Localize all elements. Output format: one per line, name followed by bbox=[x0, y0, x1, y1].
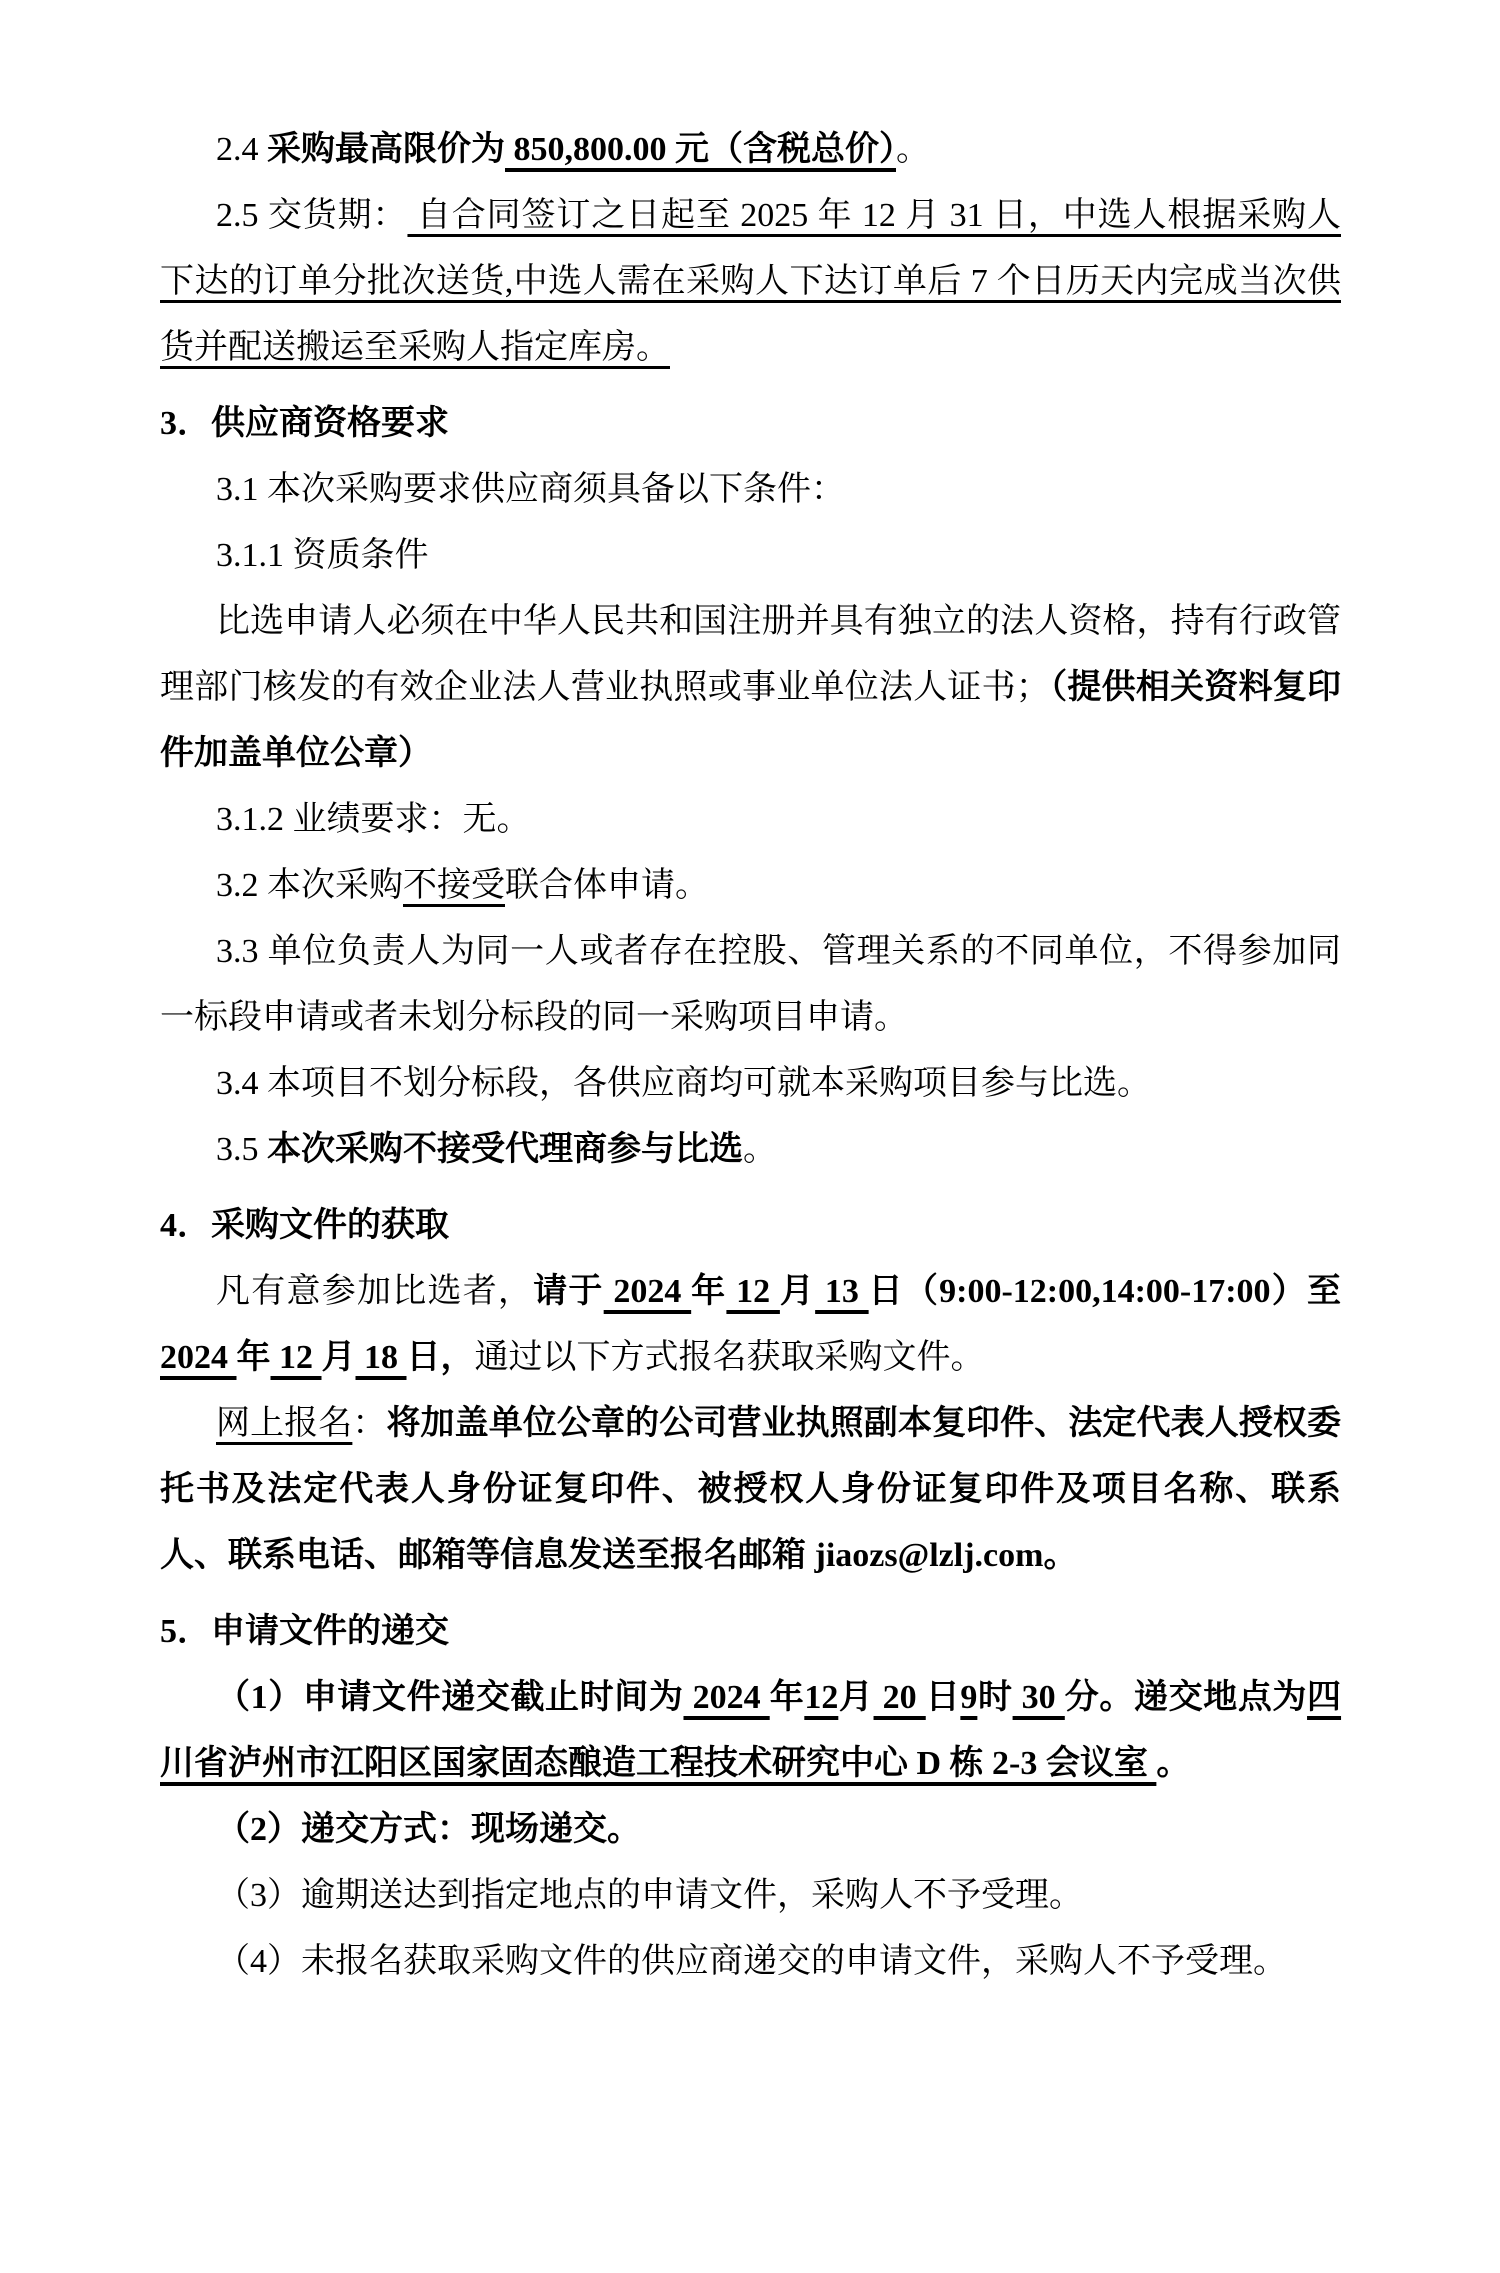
text-run: 月 bbox=[780, 1273, 815, 1310]
paragraph: 网上报名：将加盖单位公章的公司营业执照副本复印件、法定代表人授权委托书及法定代表… bbox=[160, 1391, 1341, 1589]
text-run: 3.5 bbox=[216, 1131, 267, 1168]
paragraph: 3.1.2 业绩要求：无。 bbox=[160, 787, 1341, 853]
text-run: 分。递交地点为 bbox=[1065, 1679, 1307, 1716]
text-run: 月 bbox=[322, 1339, 356, 1376]
text-run: 不接受 bbox=[403, 867, 505, 904]
paragraph: （2）递交方式：现场递交。 bbox=[160, 1797, 1341, 1863]
text-run: （1）申请文件递交截止时间为 bbox=[216, 1679, 683, 1716]
text-run: 年 bbox=[770, 1679, 805, 1716]
text-run: 请于 bbox=[533, 1273, 603, 1310]
paragraph: 3.3 单位负责人为同一人或者存在控股、管理关系的不同单位，不得参加同一标段申请… bbox=[160, 919, 1341, 1051]
text-run: 凡有意参加比选者， bbox=[216, 1273, 533, 1310]
text-run: 月 bbox=[838, 1679, 873, 1716]
paragraph: 2.5 交货期： 自合同签订之日起至 2025 年 12 月 31 日，中选人根… bbox=[160, 183, 1341, 381]
paragraph: 3.1 本次采购要求供应商须具备以下条件： bbox=[160, 457, 1341, 523]
text-run: 3．供应商资格要求 bbox=[160, 405, 449, 442]
text-run: 。 bbox=[743, 1131, 777, 1168]
text-run: 12 bbox=[271, 1339, 322, 1376]
text-run: 本次采购不接受代理商参与比选 bbox=[267, 1131, 743, 1168]
text-run: 5．申请文件的递交 bbox=[160, 1613, 449, 1650]
text-run: 日 bbox=[926, 1679, 961, 1716]
text-run: 12 bbox=[726, 1273, 779, 1310]
text-run: 3.1.1 资质条件 bbox=[216, 537, 429, 574]
section-heading: 3．供应商资格要求 bbox=[160, 391, 1341, 457]
text-run: 2.5 交货期： bbox=[216, 197, 407, 234]
text-run: 4．采购文件的获取 bbox=[160, 1207, 449, 1244]
text-run: 9 bbox=[960, 1679, 977, 1716]
text-run: 至 bbox=[1307, 1273, 1341, 1310]
text-run: 3.1.2 业绩要求：无。 bbox=[216, 801, 531, 838]
text-run: 20 bbox=[874, 1679, 926, 1716]
paragraph: 3.5 本次采购不接受代理商参与比选。 bbox=[160, 1117, 1341, 1183]
text-run: 2024 bbox=[683, 1679, 769, 1716]
text-run: 3.3 单位负责人为同一人或者存在控股、管理关系的不同单位，不得参加同一标段申请… bbox=[160, 933, 1341, 1036]
text-run: 。 bbox=[1156, 1745, 1190, 1782]
text-run: 850,800.00 元（含税总价） bbox=[505, 131, 896, 168]
text-run: 3.1 本次采购要求供应商须具备以下条件： bbox=[216, 471, 845, 508]
text-run: 2.4 bbox=[216, 131, 267, 168]
text-run: 18 bbox=[356, 1339, 407, 1376]
text-run: 日 bbox=[407, 1339, 441, 1376]
paragraph: 3.1.1 资质条件 bbox=[160, 523, 1341, 589]
paragraph: 3.4 本项目不划分标段，各供应商均可就本采购项目参与比选。 bbox=[160, 1051, 1341, 1117]
text-run: 2024 bbox=[604, 1273, 691, 1310]
text-run: 时 bbox=[977, 1679, 1012, 1716]
paragraph: （4）未报名获取采购文件的供应商递交的申请文件，采购人不予受理。 bbox=[160, 1929, 1341, 1995]
document-page: 2.4 采购最高限价为 850,800.00 元（含税总价）。2.5 交货期： … bbox=[0, 0, 1500, 2273]
section-heading: 4．采购文件的获取 bbox=[160, 1193, 1341, 1259]
text-run: 通过以下方式报名获取采购文件。 bbox=[475, 1339, 985, 1376]
section-heading: 5．申请文件的递交 bbox=[160, 1599, 1341, 1665]
text-run: 13 bbox=[815, 1273, 868, 1310]
paragraph: 凡有意参加比选者，请于 2024 年 12 月 13 日（9:00-12:00,… bbox=[160, 1259, 1341, 1391]
text-run: 3.4 本项目不划分标段，各供应商均可就本采购项目参与比选。 bbox=[216, 1065, 1151, 1102]
text-run: 网上报名 bbox=[216, 1405, 352, 1442]
text-run: （4）未报名获取采购文件的供应商递交的申请文件，采购人不予受理。 bbox=[216, 1943, 1287, 1980]
email-address: jiaozs@lzlj.com bbox=[815, 1537, 1044, 1574]
paragraph: （1）申请文件递交截止时间为 2024 年12月 20 日9时 30 分。递交地… bbox=[160, 1665, 1341, 1797]
text-run: （2）递交方式：现场递交。 bbox=[216, 1811, 641, 1848]
text-run: 采购最高限价为 bbox=[267, 131, 505, 168]
text-run: 年 bbox=[237, 1339, 271, 1376]
text-run: 3.2 本次采购 bbox=[216, 867, 403, 904]
text-run: （3）逾期送达到指定地点的申请文件，采购人不予受理。 bbox=[216, 1877, 1083, 1914]
text-run: 日 bbox=[869, 1273, 904, 1310]
text-run: ， bbox=[441, 1339, 475, 1376]
text-run: ： bbox=[352, 1405, 386, 1442]
paragraph: 2.4 采购最高限价为 850,800.00 元（含税总价）。 bbox=[160, 117, 1341, 183]
document-body: 2.4 采购最高限价为 850,800.00 元（含税总价）。2.5 交货期： … bbox=[160, 117, 1341, 1995]
text-run: 2024 bbox=[160, 1339, 237, 1376]
text-run: 。 bbox=[1043, 1537, 1077, 1574]
paragraph: 比选申请人必须在中华人民共和国注册并具有独立的法人资格，持有行政管理部门核发的有… bbox=[160, 589, 1341, 787]
text-run: 30 bbox=[1013, 1679, 1065, 1716]
text-run: 。 bbox=[896, 131, 930, 168]
text-run: 年 bbox=[691, 1273, 726, 1310]
paragraph: 3.2 本次采购不接受联合体申请。 bbox=[160, 853, 1341, 919]
text-run: 12 bbox=[804, 1679, 838, 1716]
text-run: 联合体申请。 bbox=[505, 867, 709, 904]
paragraph: （3）逾期送达到指定地点的申请文件，采购人不予受理。 bbox=[160, 1863, 1341, 1929]
text-run: （9:00-12:00,14:00-17:00） bbox=[904, 1273, 1307, 1310]
